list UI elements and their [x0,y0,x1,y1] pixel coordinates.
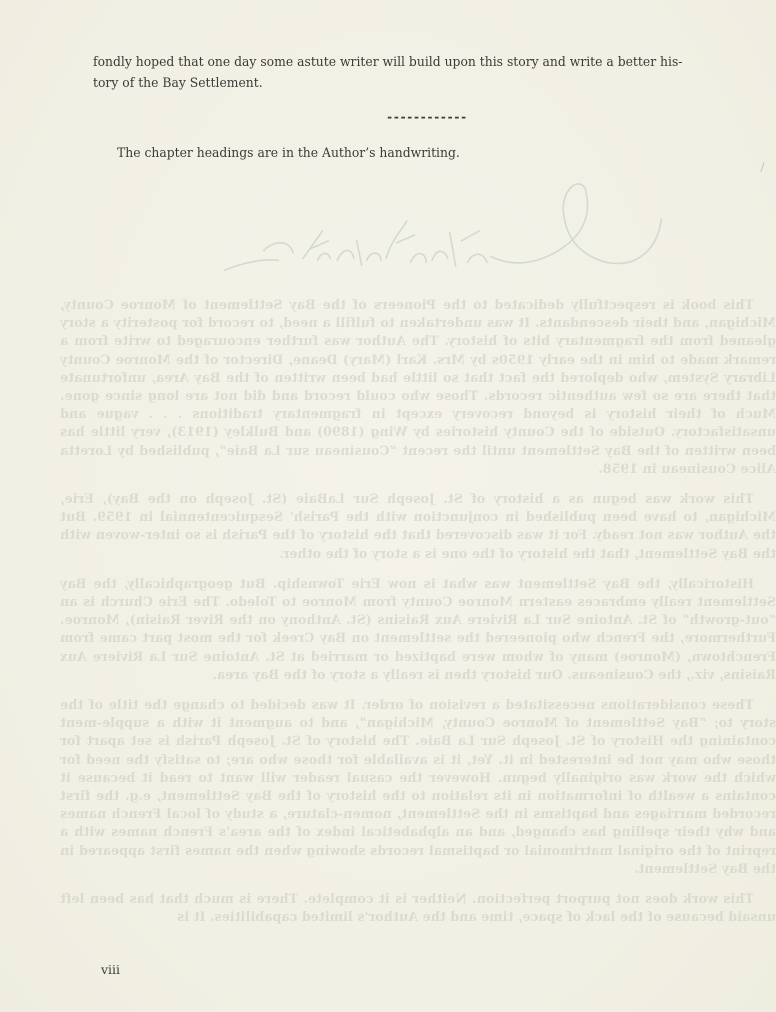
page-number: viii [101,962,120,977]
paragraph-line: fondly hoped that one day some astute wr… [93,52,722,73]
bleed-paragraph: Historically, the Bay Settlement was wha… [60,575,776,684]
bleed-through-text: This book is respectfully dedicated to t… [60,296,776,939]
section-separator: ------------ [386,110,467,124]
continued-paragraph: fondly hoped that one day some astute wr… [93,52,722,94]
bleed-paragraph: This work does not purport perfection. N… [60,890,776,926]
paper-speck [760,162,764,172]
paragraph-line: tory of the Bay Settlement. [93,73,722,94]
document-page: This book is respectfully dedicated to t… [0,0,776,1012]
bleed-paragraph: This book is respectfully dedicated to t… [60,296,776,478]
chapter-headings-note: The chapter headings are in the Author’s… [117,143,460,164]
bleed-paragraph: These considerations necessitated a revi… [60,696,776,878]
bleed-paragraph: This work was begun as a history of St. … [60,490,776,563]
bleed-through-handwritten-heading [205,172,675,290]
